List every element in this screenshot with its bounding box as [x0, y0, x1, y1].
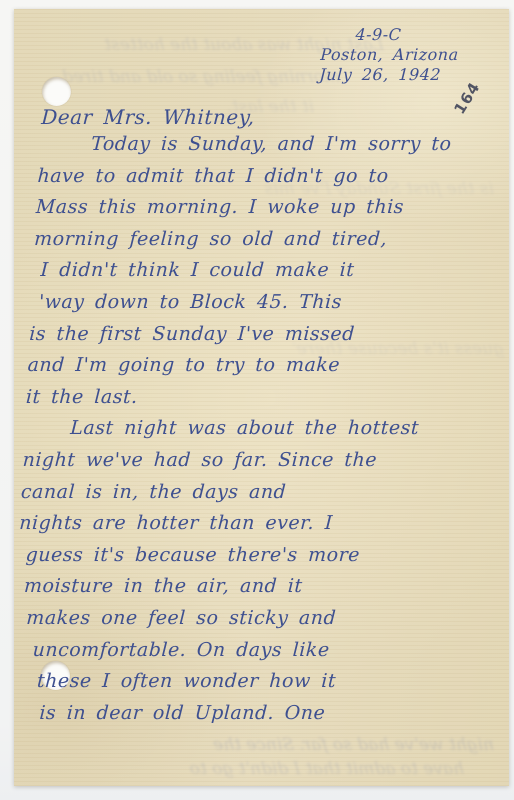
letter-body: Today is Sunday, and I'm sorry to have t…: [14, 129, 496, 729]
handwritten-line: moisture in the air, and it: [23, 571, 473, 603]
handwritten-line: 'way down to Block 45. This: [38, 287, 488, 319]
handwritten-line: these I often wonder how it: [36, 666, 468, 698]
routing-code: 4-9-C: [355, 25, 460, 45]
salutation: Dear Mrs. Whitney,: [41, 105, 256, 129]
handwritten-line: guess it's because there's more: [25, 540, 475, 572]
paragraph-2: Last night was about the hottest night w…: [14, 413, 481, 729]
handwritten-line: nights are hotter than ever. I: [18, 508, 476, 540]
handwritten-line: is in dear old Upland. One: [39, 698, 467, 730]
place-line: Poston, Arizona: [320, 45, 459, 65]
bleed-through-line: morning feeling so old and tired,: [39, 67, 340, 87]
paragraph-1: Today is Sunday, and I'm sorry to have t…: [25, 129, 496, 413]
handwritten-line: makes one feel so sticky and: [26, 603, 472, 635]
date-line: July 26, 1942: [319, 65, 458, 85]
handwritten-line: is the first Sunday I've missed: [28, 319, 486, 351]
bleed-through-line: night we've had so far. Since the: [133, 735, 494, 755]
letter-header: 4-9-C Poston, Arizona July 26, 1942: [319, 25, 460, 85]
bleed-through-line: have to admit that I didn't go to: [163, 759, 464, 779]
handwritten-line: Mass this morning. I woke up this: [35, 192, 493, 224]
letter-paper: Last night was about the hottest morning…: [14, 9, 509, 786]
hole-punch-top: [42, 77, 71, 106]
handwritten-line: Last night was about the hottest: [69, 413, 481, 445]
handwritten-line: morning feeling so old and tired,: [33, 224, 491, 256]
handwritten-line: uncomfortable. On days like: [32, 635, 470, 667]
handwritten-line: have to admit that I didn't go to: [37, 161, 495, 193]
handwritten-line: night we've had so far. Since the: [22, 445, 480, 477]
handwritten-line: it the last.: [25, 382, 483, 414]
handwritten-line: canal is in, the days and: [20, 477, 478, 509]
handwritten-line: and I'm going to try to make: [27, 350, 485, 382]
handwritten-line: I didn't think I could make it: [40, 255, 490, 287]
handwritten-line: Today is Sunday, and I'm sorry to: [90, 129, 496, 161]
